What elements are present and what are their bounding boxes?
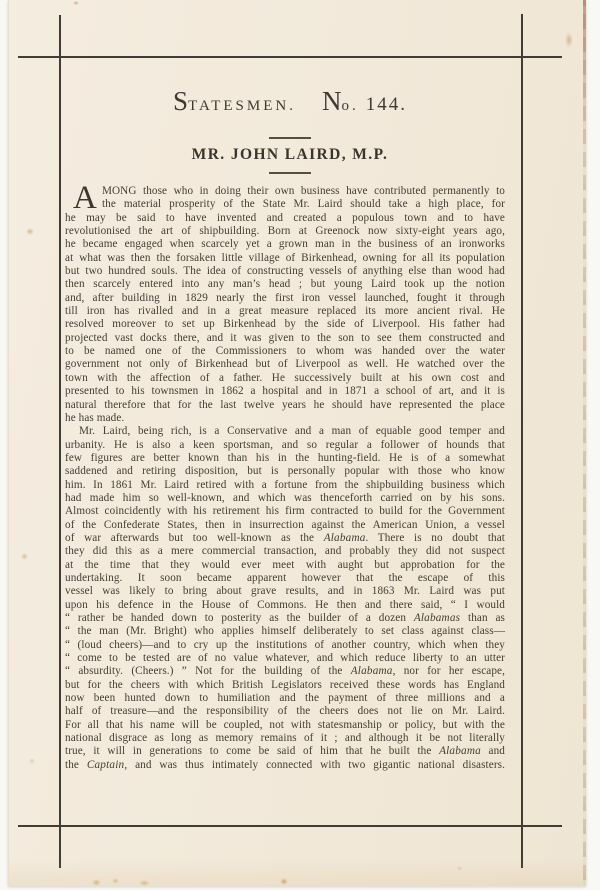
text-line: of war afterwards but too well-known as … bbox=[65, 532, 505, 545]
text-line: of the Confederate States, then in insur… bbox=[65, 519, 505, 532]
text-line: and, after building in 1829 nearly the f… bbox=[65, 292, 505, 305]
text-line: presented to his townsmen in 1862 a hosp… bbox=[65, 385, 505, 398]
text-line: “ absurdity. (Cheers.) ” Not for the bui… bbox=[65, 665, 505, 678]
text-line: he became engaged when scarcely yet a gr… bbox=[65, 238, 505, 251]
foxing-spot bbox=[26, 228, 34, 235]
foxing-spot bbox=[73, 1, 79, 5]
text-line: to be named one of the Commissioners to … bbox=[65, 345, 505, 358]
text-line: town with the affection of a father. He … bbox=[65, 372, 505, 385]
text-line: “ the man (Mr. Bright) who applies himse… bbox=[65, 625, 505, 638]
foxing-spot bbox=[29, 758, 35, 764]
text-line: natural therefore that for the last twel… bbox=[65, 399, 505, 412]
text-line: now been hunted down to humiliation and … bbox=[65, 692, 505, 705]
text-line: “ come to be tested are of no value what… bbox=[65, 652, 505, 665]
divider-rule-bottom bbox=[269, 172, 311, 174]
text-line: resolved moreover to set up Birkenhead b… bbox=[65, 318, 505, 331]
text-line: he may be said to have invented and crea… bbox=[65, 212, 505, 225]
text-line: they did this as a mere commercial trans… bbox=[65, 545, 505, 558]
foxing-spot bbox=[92, 879, 101, 886]
text-line: “ (loud cheers)—and to cry up the instit… bbox=[65, 639, 505, 652]
text-line: Mr. Laird, being rich, is a Conservative… bbox=[65, 425, 505, 438]
text-line: vessel was likely to bring about grave r… bbox=[65, 585, 505, 598]
page-title: MR. JOHN LAIRD, M.P. bbox=[59, 146, 521, 164]
text-line: government not only of Birkenhead but of… bbox=[65, 358, 505, 371]
issue-number: 144. bbox=[366, 94, 407, 115]
text-line: For all that his name will be coupled, n… bbox=[65, 719, 505, 732]
title-block: MR. JOHN LAIRD, M.P. bbox=[59, 137, 521, 174]
series-rest: TATESMEN. bbox=[188, 98, 296, 114]
foxing-spot bbox=[280, 878, 288, 885]
text-line: till iron has rivalled and in a great me… bbox=[65, 305, 505, 318]
paper-deckle-edge-top bbox=[583, 0, 586, 150]
text-line: but two hundred souls. The idea of const… bbox=[65, 265, 505, 278]
foxing-spot bbox=[456, 866, 463, 871]
article-body: AMONG those who in doing their own busin… bbox=[65, 185, 505, 772]
divider-rule-top bbox=[269, 137, 311, 139]
text-line: half of treasure—and the responsibility … bbox=[65, 705, 505, 718]
issue-label-initial: N bbox=[322, 86, 342, 116]
text-line: revolutionised the art of shipbuilding. … bbox=[65, 225, 505, 238]
text-line: the Captain, and was thus intimately con… bbox=[65, 759, 505, 772]
frame-line-bottom bbox=[18, 825, 562, 827]
paragraph: AMONG those who in doing their own busin… bbox=[65, 185, 505, 425]
text-line: had made him so well-known, and which wa… bbox=[65, 492, 505, 505]
text-line: Almost coincidently with his retirement … bbox=[65, 505, 505, 518]
frame-line-top bbox=[18, 56, 562, 58]
series-initial: S bbox=[173, 86, 188, 116]
foxing-spot bbox=[21, 553, 28, 560]
series-title: STATESMEN. bbox=[173, 97, 296, 114]
text-line: then scarcely entered into any man’s hea… bbox=[65, 278, 505, 291]
text-line: urbanity. He is also a keen sportsman, a… bbox=[65, 439, 505, 452]
text-line: at the time that they would ever meet wi… bbox=[65, 559, 505, 572]
dropcap-initial: A bbox=[73, 186, 97, 211]
paragraph: Mr. Laird, being rich, is a Conservative… bbox=[65, 425, 505, 772]
foxing-spot bbox=[565, 32, 573, 48]
text-line: “ rather be handed down to posterity as … bbox=[65, 612, 505, 625]
text-line: upon his defence in the House of Commons… bbox=[65, 599, 505, 612]
text-line: true, it will in generations to come be … bbox=[65, 745, 505, 758]
page-paper: STATESMEN.No.144. MR. JOHN LAIRD, M.P. A… bbox=[8, 0, 586, 886]
text-line: the material prosperity of the State Mr.… bbox=[65, 198, 505, 211]
text-line: at what was then the forsaken little vil… bbox=[65, 252, 505, 265]
text-line: projected vast docks there, and it was g… bbox=[65, 332, 505, 345]
text-line: undertaking. It soon became apparent how… bbox=[65, 572, 505, 585]
issue-label-rest: o. bbox=[341, 98, 358, 114]
text-line: few figures are better known than his in… bbox=[65, 452, 505, 465]
issue-label: No. bbox=[322, 97, 359, 114]
frame-line-right bbox=[521, 14, 523, 868]
text-line: he has made. bbox=[65, 412, 505, 425]
text-line: MONG those who in doing their own busine… bbox=[65, 185, 505, 198]
masthead: STATESMEN.No.144. bbox=[59, 88, 521, 116]
text-line: but for the cheers with which British Le… bbox=[65, 679, 505, 692]
text-line: national disgrace as long as memory rema… bbox=[65, 732, 505, 745]
text-line: saddened and retiring disposition, but i… bbox=[65, 465, 505, 478]
foxing-spot bbox=[112, 878, 119, 884]
foxing-spot bbox=[139, 880, 150, 886]
text-line: him. In 1861 Mr. Laird retired with a fo… bbox=[65, 479, 505, 492]
